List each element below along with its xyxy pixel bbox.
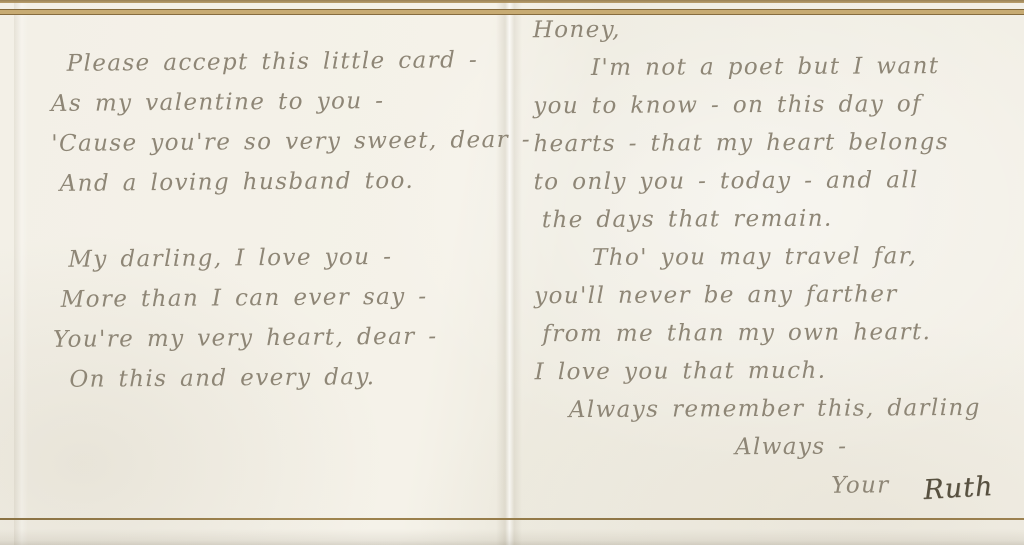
verse-line: My darling, I love you - [52, 236, 497, 280]
card-center-fold [496, 0, 522, 545]
message-line: I'm not a poet but I want [533, 47, 1011, 88]
right-page: Honey, I'm not a poet but I want you to … [533, 9, 1014, 506]
message-paragraph-1: I'm not a poet but I want you to know - … [533, 47, 1012, 240]
signature: Ruth [923, 468, 995, 510]
message-line: Tho' you may travel far, [534, 237, 1012, 278]
message-line: from me than my own heart. [534, 313, 1012, 354]
paper-crease [14, 0, 28, 545]
signoff: Your [831, 472, 890, 498]
salutation: Honey, [533, 9, 1011, 50]
scan-edge-shadow [0, 529, 1024, 545]
verse-stanza-2: My darling, I love you - More than I can… [52, 236, 498, 400]
closing-word: Always - [535, 427, 1013, 468]
verse-line: And a loving husband too. [52, 160, 497, 204]
message-line: you to know - on this day of [533, 85, 1011, 126]
message-line: the days that remain. [534, 199, 1012, 240]
message-line: you'll never be any farther [534, 275, 1012, 316]
left-page: Please accept this little card - As my v… [50, 40, 498, 400]
verse-line: You're my very heart, dear - [53, 316, 498, 360]
gold-border-top-thin [0, 0, 1024, 3]
closing-line: Always remember this, darling [535, 389, 1013, 430]
gold-border-bottom [0, 518, 1024, 520]
message-paragraph-2: Tho' you may travel far, you'll never be… [534, 237, 1013, 392]
verse-line: On this and every day. [53, 356, 498, 400]
message-line: hearts - that my heart belongs [533, 123, 1011, 164]
verse-line: More than I can ever say - [53, 276, 498, 320]
verse-line: Please accept this little card - [50, 40, 495, 84]
verse-line: As my valentine to you - [51, 80, 496, 124]
message-line: to only you - today - and all [534, 161, 1012, 202]
verse-stanza-1: Please accept this little card - As my v… [50, 40, 496, 204]
signoff-row: YourRuth [535, 465, 1013, 507]
verse-line: 'Cause you're so very sweet, dear - [51, 120, 496, 164]
message-line: I love you that much. [534, 351, 1012, 392]
